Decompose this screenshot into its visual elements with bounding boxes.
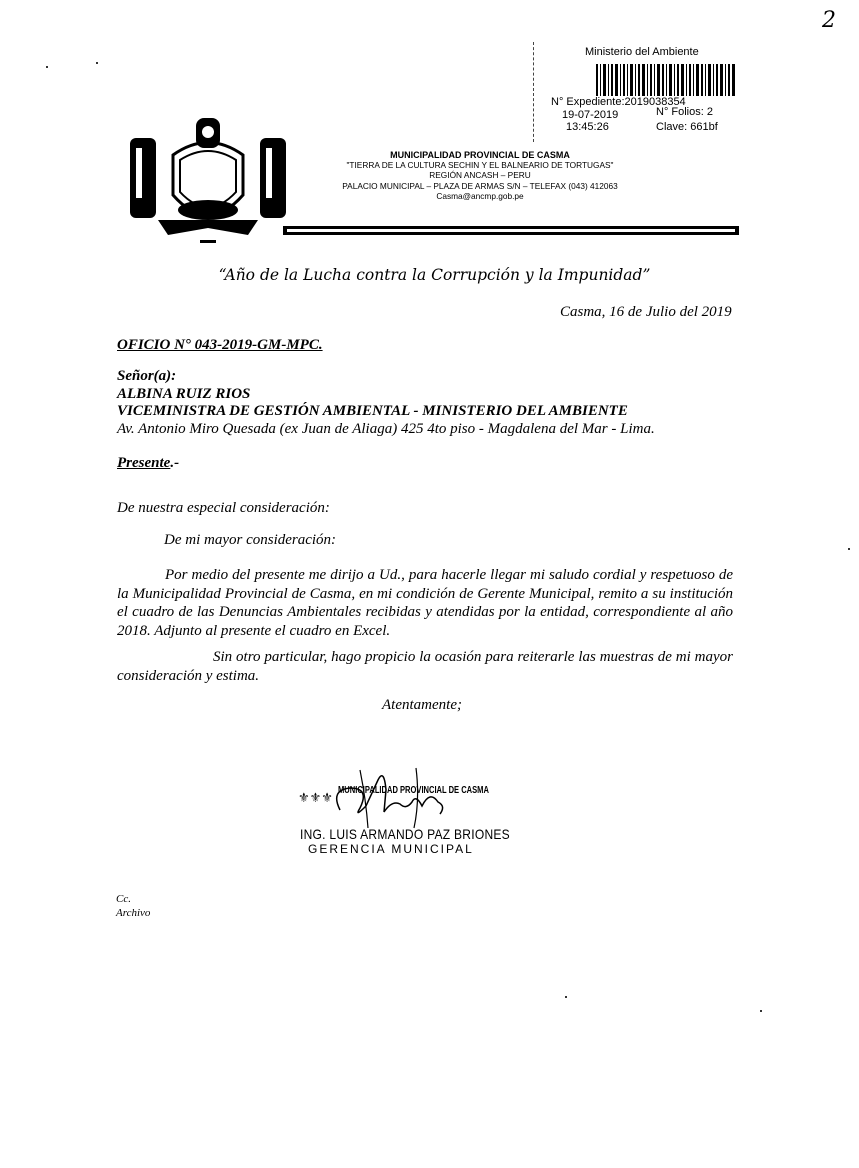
institution-region: REGIÓN ANCASH – PERU <box>330 170 630 180</box>
addressee-address: Av. Antonio Miro Quesada (ex Juan de Ali… <box>117 421 655 439</box>
folios-label: N° Folios: <box>656 106 704 118</box>
barcode-icon <box>596 64 736 96</box>
presente-suffix: .- <box>170 455 179 471</box>
closing: Atentamente; <box>382 697 462 714</box>
scan-speck <box>96 62 98 64</box>
addressee-title: VICEMINISTRA DE GESTIÓN AMBIENTAL - MINI… <box>117 403 655 421</box>
stamp-time: 13:45:26 <box>566 121 609 133</box>
year-motto: “Año de la Lucha contra la Corrupción y … <box>0 266 859 284</box>
stamp-entity: Ministerio del Ambiente <box>585 46 699 58</box>
stamp-clave: Clave: 661bf <box>656 121 718 133</box>
body-paragraph-2: Sin otro particular, hago propicio la oc… <box>117 648 733 685</box>
cc-label: Cc. <box>116 892 150 906</box>
stamp-folios: N° Folios: 2 <box>656 106 713 118</box>
salutation-label: Señor(a): <box>117 368 655 386</box>
addressee-name: ALBINA RUIZ RIOS <box>117 386 655 404</box>
greeting-1: De nuestra especial consideración: <box>117 500 330 517</box>
clave-value: 661bf <box>690 121 718 133</box>
presente-word: Presente <box>117 455 170 471</box>
institution-address: PALACIO MUNICIPAL – PLAZA DE ARMAS S/N –… <box>330 181 630 191</box>
signatory-name: ING. LUIS ARMANDO PAZ BRIONES <box>300 826 510 842</box>
document-reference: OFICIO N° 043-2019-GM-MPC. <box>117 337 323 354</box>
folios-value: 2 <box>707 106 713 118</box>
stamp-date: 19-07-2019 <box>562 109 618 121</box>
scan-speck <box>46 66 48 68</box>
date-line: Casma, 16 de Julio del 2019 <box>560 304 732 321</box>
scan-speck <box>848 548 850 550</box>
addressee-block: Señor(a): ALBINA RUIZ RIOS VICEMINISTRA … <box>117 368 655 438</box>
institution-email[interactable]: Casma@ancmp.gob.pe <box>330 191 630 201</box>
presente-line: Presente.- <box>117 455 179 472</box>
expediente-label: N° Expediente: <box>551 96 625 108</box>
institution-slogan: "TIERRA DE LA CULTURA SECHIN Y EL BALNEA… <box>330 160 630 170</box>
municipal-coat-of-arms-icon <box>118 110 298 245</box>
greeting-2: De mi mayor consideración: <box>164 532 336 549</box>
scan-speck <box>565 996 567 998</box>
clave-label: Clave: <box>656 121 687 133</box>
letterhead-divider <box>283 226 739 235</box>
letterhead: MUNICIPALIDAD PROVINCIAL DE CASMA "TIERR… <box>330 150 630 201</box>
handwritten-signature-icon <box>320 760 460 830</box>
scan-speck <box>760 1010 762 1012</box>
handwritten-page-number: 2 <box>822 8 836 33</box>
body-paragraph-1: Por medio del presente me dirijo a Ud., … <box>117 566 733 640</box>
institution-name: MUNICIPALIDAD PROVINCIAL DE CASMA <box>330 150 630 160</box>
copy-list: Cc. Archivo <box>116 892 150 920</box>
signatory-role: GERENCIA MUNICIPAL <box>308 842 474 856</box>
cc-item: Archivo <box>116 906 150 920</box>
